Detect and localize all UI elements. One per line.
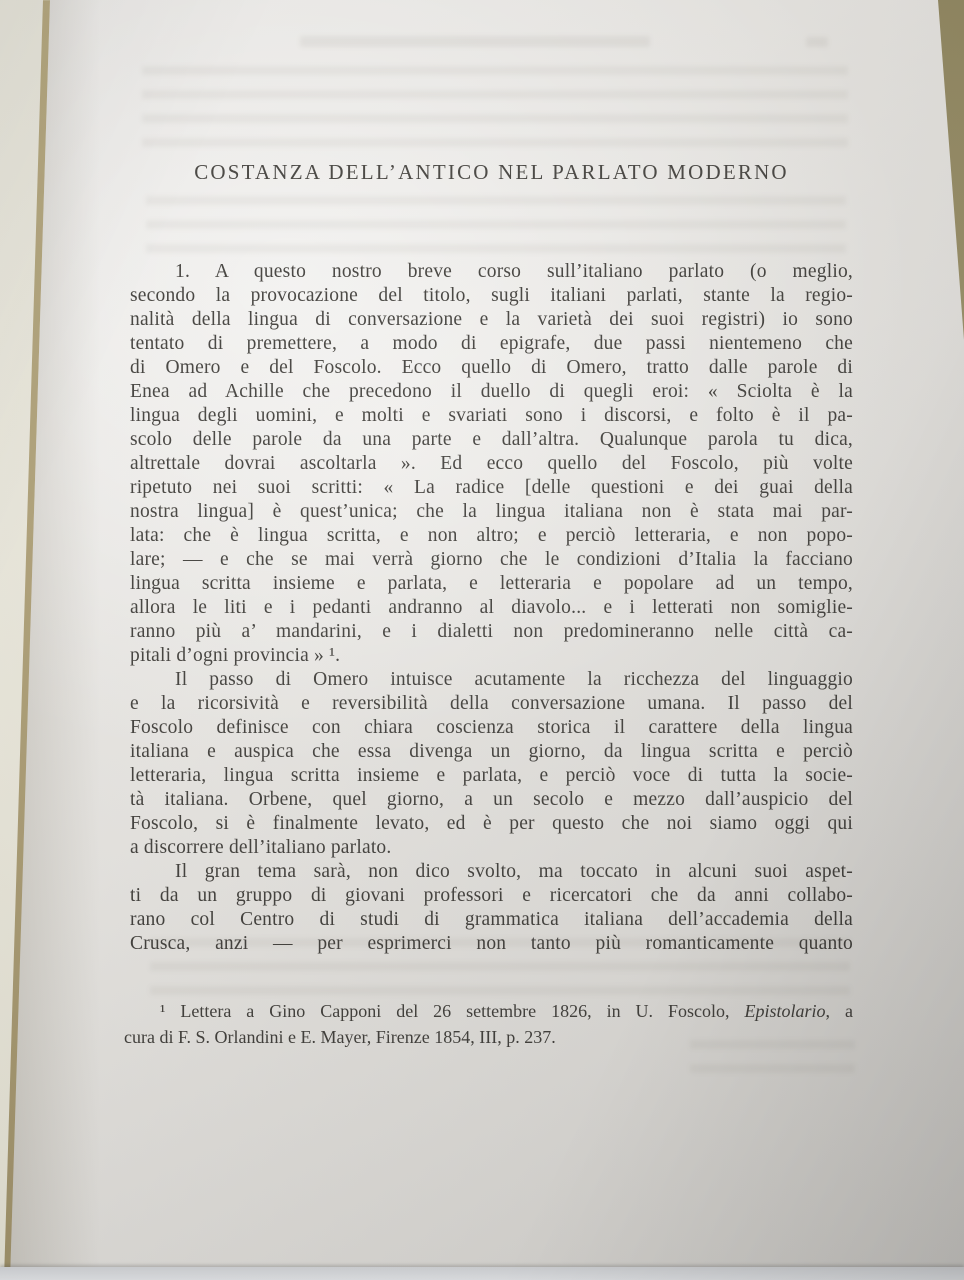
text-line: Il gran tema sarà, non dico svolto, ma t… xyxy=(130,860,853,884)
footnote-line: ¹ Lettera a Gino Capponi del 26 settembr… xyxy=(124,998,853,1024)
text-line: lingua scritta insieme e parlata, e lett… xyxy=(130,572,853,596)
text-line: lata: che è lingua scritta, e non altro;… xyxy=(130,524,853,548)
text-line: ripetuto nei suoi scritti: « La radice [… xyxy=(130,476,853,500)
text-line: tentato di premettere, a modo di epigraf… xyxy=(130,332,853,356)
text-line: Enea ad Achille che precedono il duello … xyxy=(130,380,853,404)
text-line: ranno più a’ mandarini, e i dialetti non… xyxy=(130,620,853,644)
text-line: secondo la provocazione del titolo, sugl… xyxy=(130,284,853,308)
footnote-text: cura di F. S. Orlandini e E. Mayer, Fire… xyxy=(124,1027,556,1047)
footnote-text: , a xyxy=(826,1001,853,1021)
text-line: lare; — e che se mai verrà giorno che le… xyxy=(130,548,853,572)
text-line: Foscolo definisce con chiara coscienza s… xyxy=(130,716,853,740)
text-line: rano col Centro di studi di grammatica i… xyxy=(130,908,853,932)
showthrough-text-top xyxy=(142,66,848,158)
text-line: pitali d’ogni provincia » ¹. xyxy=(130,644,853,668)
footnote-text: ¹ Lettera a Gino Capponi del 26 settembr… xyxy=(160,1001,745,1021)
body-text: 1. A questo nostro breve corso sull’ital… xyxy=(130,260,853,956)
text-line: nalità della lingua di conversazione e l… xyxy=(130,308,853,332)
text-line: altrettale dovrai ascoltarla ». Ed ecco … xyxy=(130,452,853,476)
text-line: allora le liti e i pedanti andranno al d… xyxy=(130,596,853,620)
text-line: scolo delle parole da una parte e dall’a… xyxy=(130,428,853,452)
text-line: ti da un gruppo di giovani professori e … xyxy=(130,884,853,908)
book-page-photo: COSTANZA DELL’ANTICO NEL PARLATO MODERNO… xyxy=(0,0,964,1280)
text-line: tà italiana. Orbene, quel giorno, a un s… xyxy=(130,788,853,812)
page-title: COSTANZA DELL’ANTICO NEL PARLATO MODERNO xyxy=(130,160,853,185)
text-line: italiana e auspica che essa divenga un g… xyxy=(130,740,853,764)
text-line: Il passo di Omero intuisce acutamente la… xyxy=(130,668,853,692)
text-line: 1. A questo nostro breve corso sull’ital… xyxy=(130,260,853,284)
footnote: ¹ Lettera a Gino Capponi del 26 settembr… xyxy=(124,998,853,1050)
text-line: a discorrere dell’italiano parlato. xyxy=(130,836,853,860)
text-line: e la ricorsività e reversibilità della c… xyxy=(130,692,853,716)
text-line: di Omero e del Foscolo. Ecco quello di O… xyxy=(130,356,853,380)
text-line: nostra lingua] è quest’unica; che la lin… xyxy=(130,500,853,524)
showthrough-running-head xyxy=(300,36,650,47)
text-line: Crusca, anzi — per esprimerci non tanto … xyxy=(130,932,853,956)
table-surface-bottom xyxy=(0,1267,964,1280)
text-line: Foscolo, si è finalmente levato, ed è pe… xyxy=(130,812,853,836)
text-line: letteraria, lingua scritta insieme e par… xyxy=(130,764,853,788)
showthrough-text-mid xyxy=(146,196,846,262)
text-line: lingua degli uomini, e molti e svariati … xyxy=(130,404,853,428)
footnote-italic-text: Epistolario xyxy=(745,1001,826,1021)
book-page: COSTANZA DELL’ANTICO NEL PARLATO MODERNO… xyxy=(0,0,964,1280)
showthrough-page-number xyxy=(806,37,828,47)
footnote-line: cura di F. S. Orlandini e E. Mayer, Fire… xyxy=(124,1024,853,1050)
